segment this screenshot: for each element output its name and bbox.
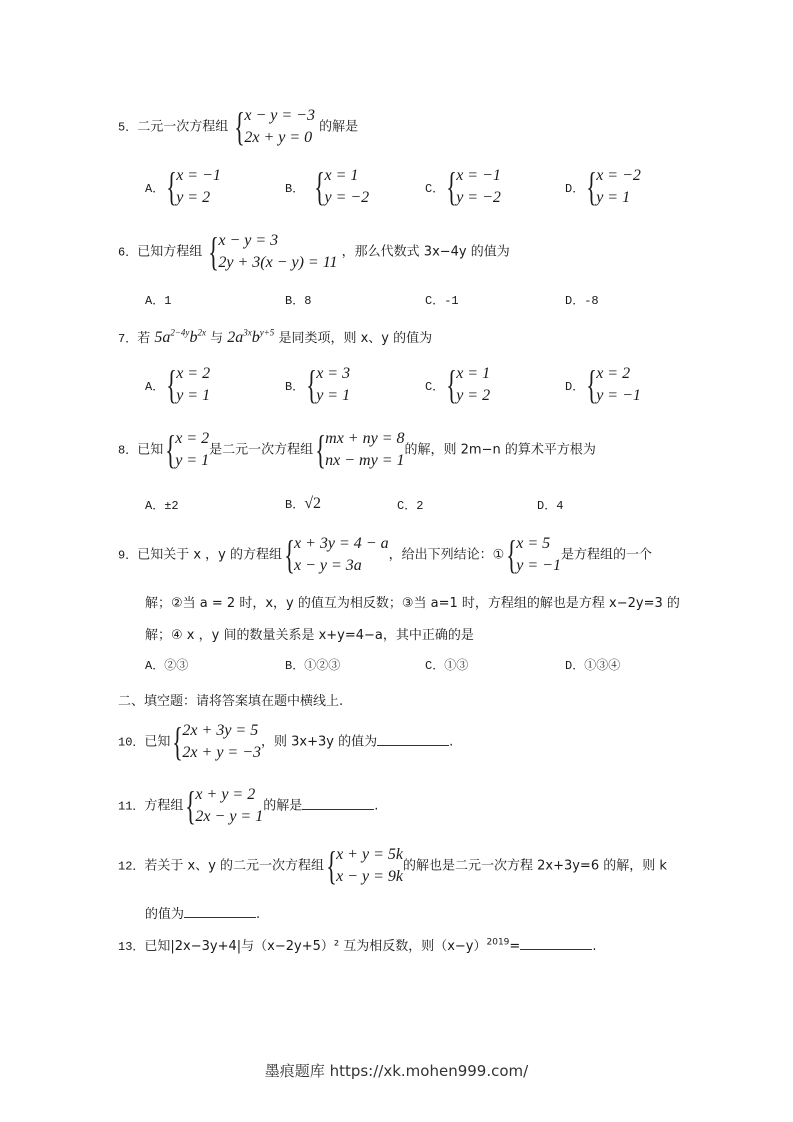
option-d[interactable]: D．{x = −2y = 1	[565, 165, 665, 209]
option-d[interactable]: D．4	[537, 496, 637, 513]
option-c[interactable]: C．-1	[425, 291, 565, 308]
option-a[interactable]: A．②③	[145, 656, 285, 673]
option-d[interactable]: D．①③④	[565, 656, 665, 673]
term-2: 2a3xby+5	[227, 329, 274, 346]
equation-system: {x − y = −32x + y = 0	[232, 105, 315, 149]
answer-blank[interactable]	[377, 733, 449, 746]
question-9-line-2: 解；②当 a = 2 时，x，y 的值互为相反数；③当 a=1 时，方程组的解也…	[145, 592, 680, 611]
question-10: 10．已知{2x + 3y = 52x + y = −3，则 3x+3y 的值为…	[118, 720, 453, 764]
equation-system: {x − y = 32y + 3(x − y) = 11	[206, 230, 337, 274]
question-12-line-2: 的值为.	[145, 903, 260, 922]
option-b[interactable]: B．√2	[285, 495, 397, 513]
options-q9: A．②③ B．①②③ C．①③ D．①③④	[145, 656, 665, 673]
question-6: 6．已知方程组 {x − y = 32y + 3(x − y) = 11 ，那么…	[118, 230, 510, 274]
question-12: 12．若关于 x、y 的二元一次方程组{x + y = 5kx − y = 9k…	[118, 844, 667, 888]
option-a[interactable]: A．{x = −1y = 2	[145, 165, 285, 209]
option-c[interactable]: C．2	[397, 496, 537, 513]
section-heading: 二、填空题：请将答案填在题中横线上.	[118, 690, 343, 709]
answer-blank[interactable]	[302, 797, 374, 810]
question-8: 8．已知{x = 2y = 1是二元一次方程组{mx + ny = 8nx − …	[118, 428, 596, 472]
option-b[interactable]: B．{x = 3y = 1	[285, 363, 425, 407]
question-7: 7．若 5a2−4yb2x 与 2a3xby+5 是同类项，则 x、y 的值为	[118, 327, 432, 347]
question-9-line-3: 解；④ x ，y 间的数量关系是 x+y=4−a，其中正确的是	[145, 624, 474, 643]
option-c[interactable]: C．{x = −1y = −2	[425, 165, 565, 209]
option-d[interactable]: D．-8	[565, 291, 665, 308]
option-b[interactable]: B． {x = 1y = −2	[285, 165, 425, 209]
term-1: 5a2−4yb2x	[154, 329, 206, 346]
options-q6: A．1 B．8 C．-1 D．-8	[145, 291, 665, 308]
option-b[interactable]: B．①②③	[285, 656, 425, 673]
options-q5: A．{x = −1y = 2 B． {x = 1y = −2 C．{x = −1…	[145, 165, 665, 209]
options-q7: A．{x = 2y = 1 B．{x = 3y = 1 C．{x = 1y = …	[145, 363, 665, 407]
option-c[interactable]: C．{x = 1y = 2	[425, 363, 565, 407]
question-9: 9．已知关于 x ，y 的方程组{x + 3y = 4 − ax − y = 3…	[118, 533, 652, 577]
question-13: 13．已知|2x−3y+4|与（x−2y+5）² 互为相反数，则（x−y）201…	[118, 935, 596, 954]
option-c[interactable]: C．①③	[425, 656, 565, 673]
answer-blank[interactable]	[520, 937, 592, 950]
option-d[interactable]: D．{x = 2y = −1	[565, 363, 665, 407]
option-a[interactable]: A．1	[145, 291, 285, 308]
options-q8: A．±2 B．√2 C．2 D．4	[145, 495, 665, 513]
question-11: 11．方程组{x + y = 22x − y = 1的解是.	[118, 784, 378, 828]
question-5: 5．二元一次方程组 {x − y = −32x + y = 0 的解是	[118, 105, 358, 149]
option-b[interactable]: B．8	[285, 291, 425, 308]
footer-watermark: 墨痕题库 https://xk.mohen999.com/	[0, 1060, 793, 1081]
question-number: 5．	[118, 121, 137, 135]
option-a[interactable]: A．{x = 2y = 1	[145, 363, 285, 407]
option-a[interactable]: A．±2	[145, 496, 285, 513]
answer-blank[interactable]	[184, 905, 256, 918]
